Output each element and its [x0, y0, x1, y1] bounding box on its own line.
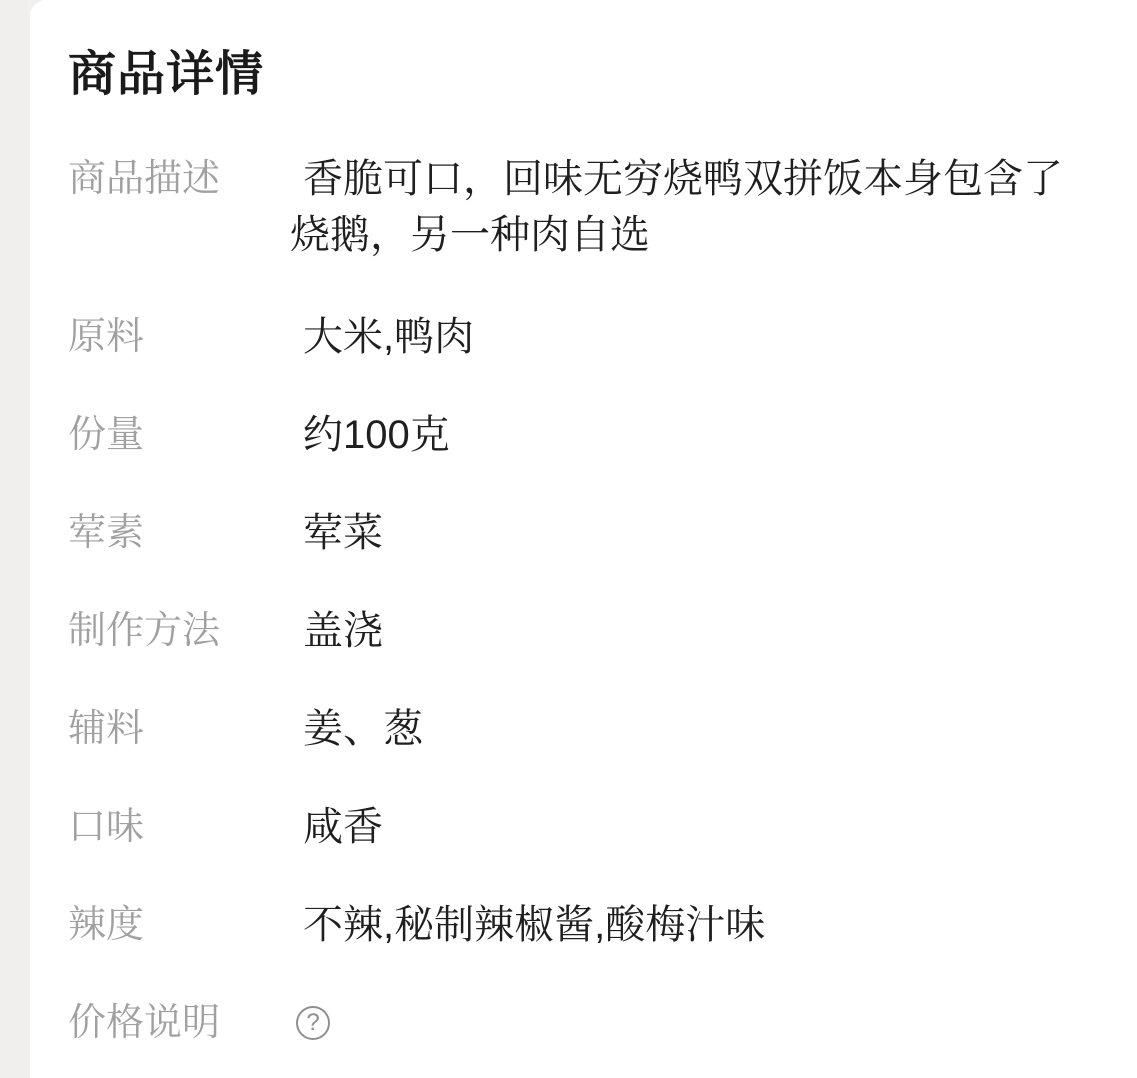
detail-row-ingredients: 原料 大米,鸭肉	[68, 309, 1087, 365]
row-value-spiciness: 不辣,秘制辣椒酱,酸梅汁味	[290, 897, 1087, 953]
detail-row-portion: 份量 约100克	[68, 407, 1087, 463]
row-label-price-note: 价格说明	[68, 995, 290, 1051]
question-mark-icon[interactable]: ?	[296, 1006, 330, 1040]
row-value-meat-veg: 荤菜	[290, 505, 1087, 561]
row-label-flavor: 口味	[68, 799, 290, 855]
description-line-2: 烧鹅，另一种肉自选	[290, 207, 1087, 263]
detail-row-spiciness: 辣度 不辣,秘制辣椒酱,酸梅汁味	[68, 897, 1087, 953]
row-value-cooking-method: 盖浇	[290, 603, 1087, 659]
description-line-1: 香脆可口，回味无穷烧鸭双拼饭本身包含了	[290, 151, 1087, 207]
row-value-condiments: 姜、葱	[290, 701, 1087, 757]
detail-row-cooking-method: 制作方法 盖浇	[68, 603, 1087, 659]
detail-row-flavor: 口味 咸香	[68, 799, 1087, 855]
row-label-cooking-method: 制作方法	[68, 603, 290, 659]
row-value-price-note: ?	[290, 995, 1087, 1051]
row-value-portion: 约100克	[290, 407, 1087, 463]
row-label-condiments: 辅料	[68, 701, 290, 757]
row-label-meat-veg: 荤素	[68, 505, 290, 561]
detail-row-condiments: 辅料 姜、葱	[68, 701, 1087, 757]
row-label-description: 商品描述	[68, 151, 290, 207]
row-label-ingredients: 原料	[68, 309, 290, 365]
detail-row-price-note: 价格说明 ?	[68, 995, 1087, 1051]
row-label-portion: 份量	[68, 407, 290, 463]
page-background-strip	[0, 0, 31, 1078]
product-details-card: 商品详情 商品描述 香脆可口，回味无穷烧鸭双拼饭本身包含了 烧鹅，另一种肉自选 …	[30, 0, 1137, 1078]
row-value-description: 香脆可口，回味无穷烧鸭双拼饭本身包含了 烧鹅，另一种肉自选	[290, 151, 1087, 263]
row-value-flavor: 咸香	[290, 799, 1087, 855]
row-value-ingredients: 大米,鸭肉	[290, 309, 1087, 365]
page-title: 商品详情	[68, 43, 1087, 107]
detail-row-description: 商品描述 香脆可口，回味无穷烧鸭双拼饭本身包含了 烧鹅，另一种肉自选	[68, 151, 1087, 263]
row-label-spiciness: 辣度	[68, 897, 290, 953]
detail-row-meat-veg: 荤素 荤菜	[68, 505, 1087, 561]
